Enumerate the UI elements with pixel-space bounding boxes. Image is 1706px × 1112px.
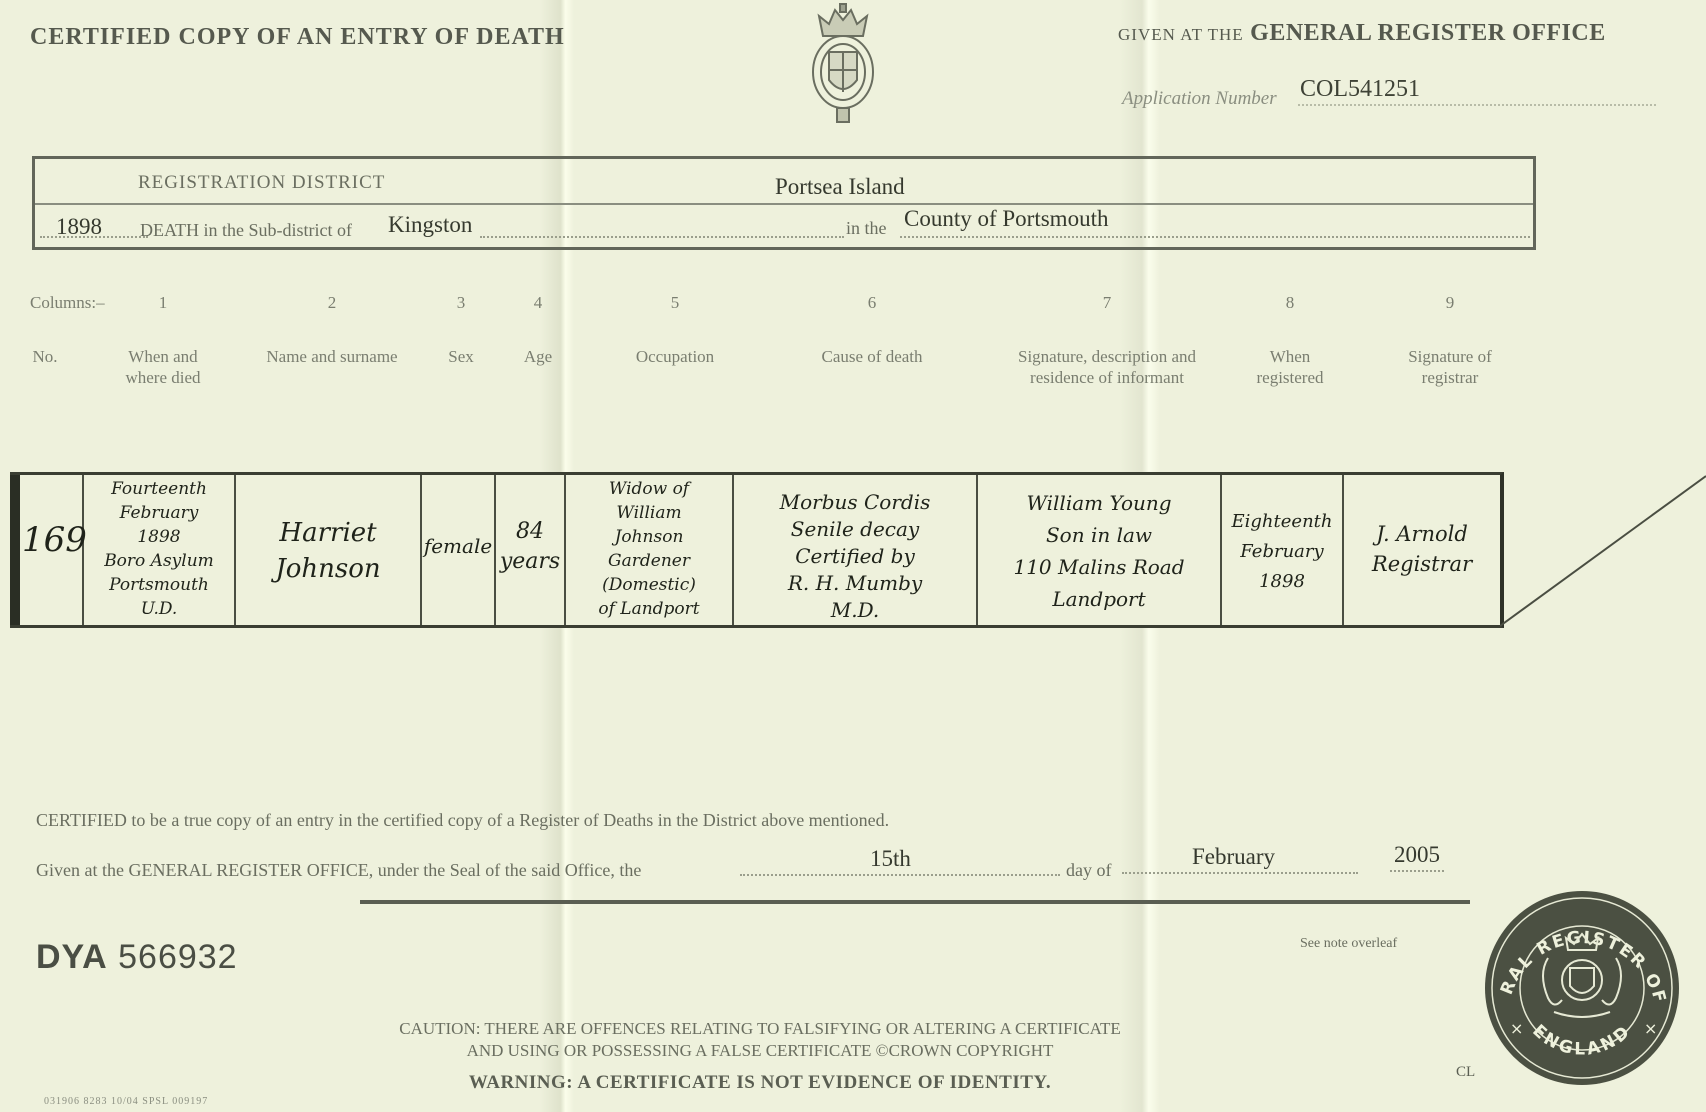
column-header: Occupation: [590, 346, 760, 367]
given-at-text: Given at the GENERAL REGISTER OFFICE, un…: [36, 860, 641, 881]
death-entry-row: 169 Fourteenth February 1898 Boro Asylum…: [10, 472, 1504, 628]
column-number: 8: [1230, 292, 1350, 313]
column-number: 4: [518, 292, 558, 313]
application-number-value: COL541251: [1300, 76, 1420, 103]
entry-when-where: Fourteenth February 1898 Boro Asylum Por…: [84, 477, 234, 621]
caution-line-2: AND USING OR POSSESSING A FALSE CERTIFIC…: [340, 1040, 1180, 1062]
horizontal-rule: [360, 900, 1470, 904]
serial-prefix: DYA: [36, 938, 108, 976]
dotted-leader: [740, 874, 1060, 876]
cl-mark: CL: [1456, 1064, 1475, 1081]
column-number: 9: [1380, 292, 1520, 313]
dotted-leader: [900, 236, 1530, 238]
county-value: County of Portsmouth: [904, 206, 1108, 232]
royal-crest-icon: [805, 2, 881, 130]
column-header: Signature, description and residence of …: [982, 346, 1232, 388]
certificate-month: February: [1192, 844, 1275, 870]
column-header: Name and surname: [250, 346, 414, 367]
column-number: 6: [786, 292, 958, 313]
cancel-slash-line: [1500, 470, 1706, 630]
death-year: 1898: [56, 214, 102, 240]
dotted-leader: [480, 236, 844, 238]
subdistrict-value: Kingston: [388, 212, 472, 238]
column-number: 3: [444, 292, 478, 313]
column-header: Sex: [444, 346, 478, 367]
entry-when-registered: Eighteenth February 1898: [1222, 507, 1342, 597]
columns-label: Columns:–: [30, 292, 120, 313]
document-title: CERTIFIED COPY OF AN ENTRY OF DEATH: [30, 24, 565, 51]
entry-cause-of-death: Morbus Cordis Senile decay Certified by …: [734, 489, 976, 624]
column-number: 7: [982, 292, 1232, 313]
column-header: No.: [20, 346, 70, 367]
entry-name: Harriet Johnson: [236, 515, 420, 587]
district-divider: [35, 203, 1533, 205]
entry-age: 84 years: [496, 517, 564, 577]
column-header: When registered: [1230, 346, 1350, 388]
given-at-office: GENERAL REGISTER OFFICE: [1250, 20, 1606, 46]
column-header: Signature of registrar: [1380, 346, 1520, 388]
certificate-day: 15th: [870, 846, 911, 872]
see-note-overleaf: See note overleaf: [1300, 936, 1397, 952]
caution-text: CAUTION: THERE ARE OFFENCES RELATING TO …: [340, 1018, 1180, 1062]
entry-informant: William Young Son in law 110 Malins Road…: [978, 487, 1220, 615]
certificate-year: 2005: [1394, 842, 1440, 868]
dotted-leader: [1390, 870, 1444, 872]
entry-number: 169: [22, 527, 82, 554]
svg-text:×: ×: [1644, 1019, 1657, 1038]
given-at-heading: GIVEN AT THE GENERAL REGISTER OFFICE: [1118, 20, 1606, 47]
general-register-office-seal-icon: GENERAL REGISTER OFFICE ENGLAND × ×: [1482, 888, 1682, 1088]
identity-warning: WARNING: A CERTIFICATE IS NOT EVIDENCE O…: [340, 1072, 1180, 1094]
application-number-line: [1298, 104, 1656, 106]
column-number: 5: [590, 292, 760, 313]
column-number: 2: [250, 292, 414, 313]
registration-district-label: REGISTRATION DISTRICT: [138, 172, 385, 194]
registration-district-value: Portsea Island: [775, 174, 905, 200]
certificate-serial: DYA 566932: [36, 938, 238, 977]
entry-occupation: Widow of William Johnson Gardener (Domes…: [566, 477, 732, 621]
svg-text:×: ×: [1510, 1019, 1523, 1038]
subdistrict-label: DEATH in the Sub-district of: [140, 220, 352, 241]
entry-left-bar: [10, 475, 20, 625]
day-of-label: day of: [1066, 860, 1111, 881]
column-header: Age: [518, 346, 558, 367]
column-header: When and where died: [110, 346, 216, 388]
certification-text: CERTIFIED to be a true copy of an entry …: [36, 810, 889, 831]
column-number: 1: [110, 292, 216, 313]
caution-line-1: CAUTION: THERE ARE OFFENCES RELATING TO …: [340, 1018, 1180, 1040]
serial-number: 566932: [118, 938, 237, 976]
county-label: in the: [846, 218, 887, 239]
entry-sex: female: [422, 533, 494, 560]
column-header: Cause of death: [786, 346, 958, 367]
entry-registrar-signature: J. Arnold Registrar: [1344, 519, 1500, 579]
form-codes: 031906 8283 10/04 SPSL 009197: [44, 1096, 208, 1107]
dotted-leader: [1122, 872, 1358, 874]
given-at-prefix: GIVEN AT THE: [1118, 25, 1244, 44]
application-number-label: Application Number: [1122, 88, 1277, 110]
